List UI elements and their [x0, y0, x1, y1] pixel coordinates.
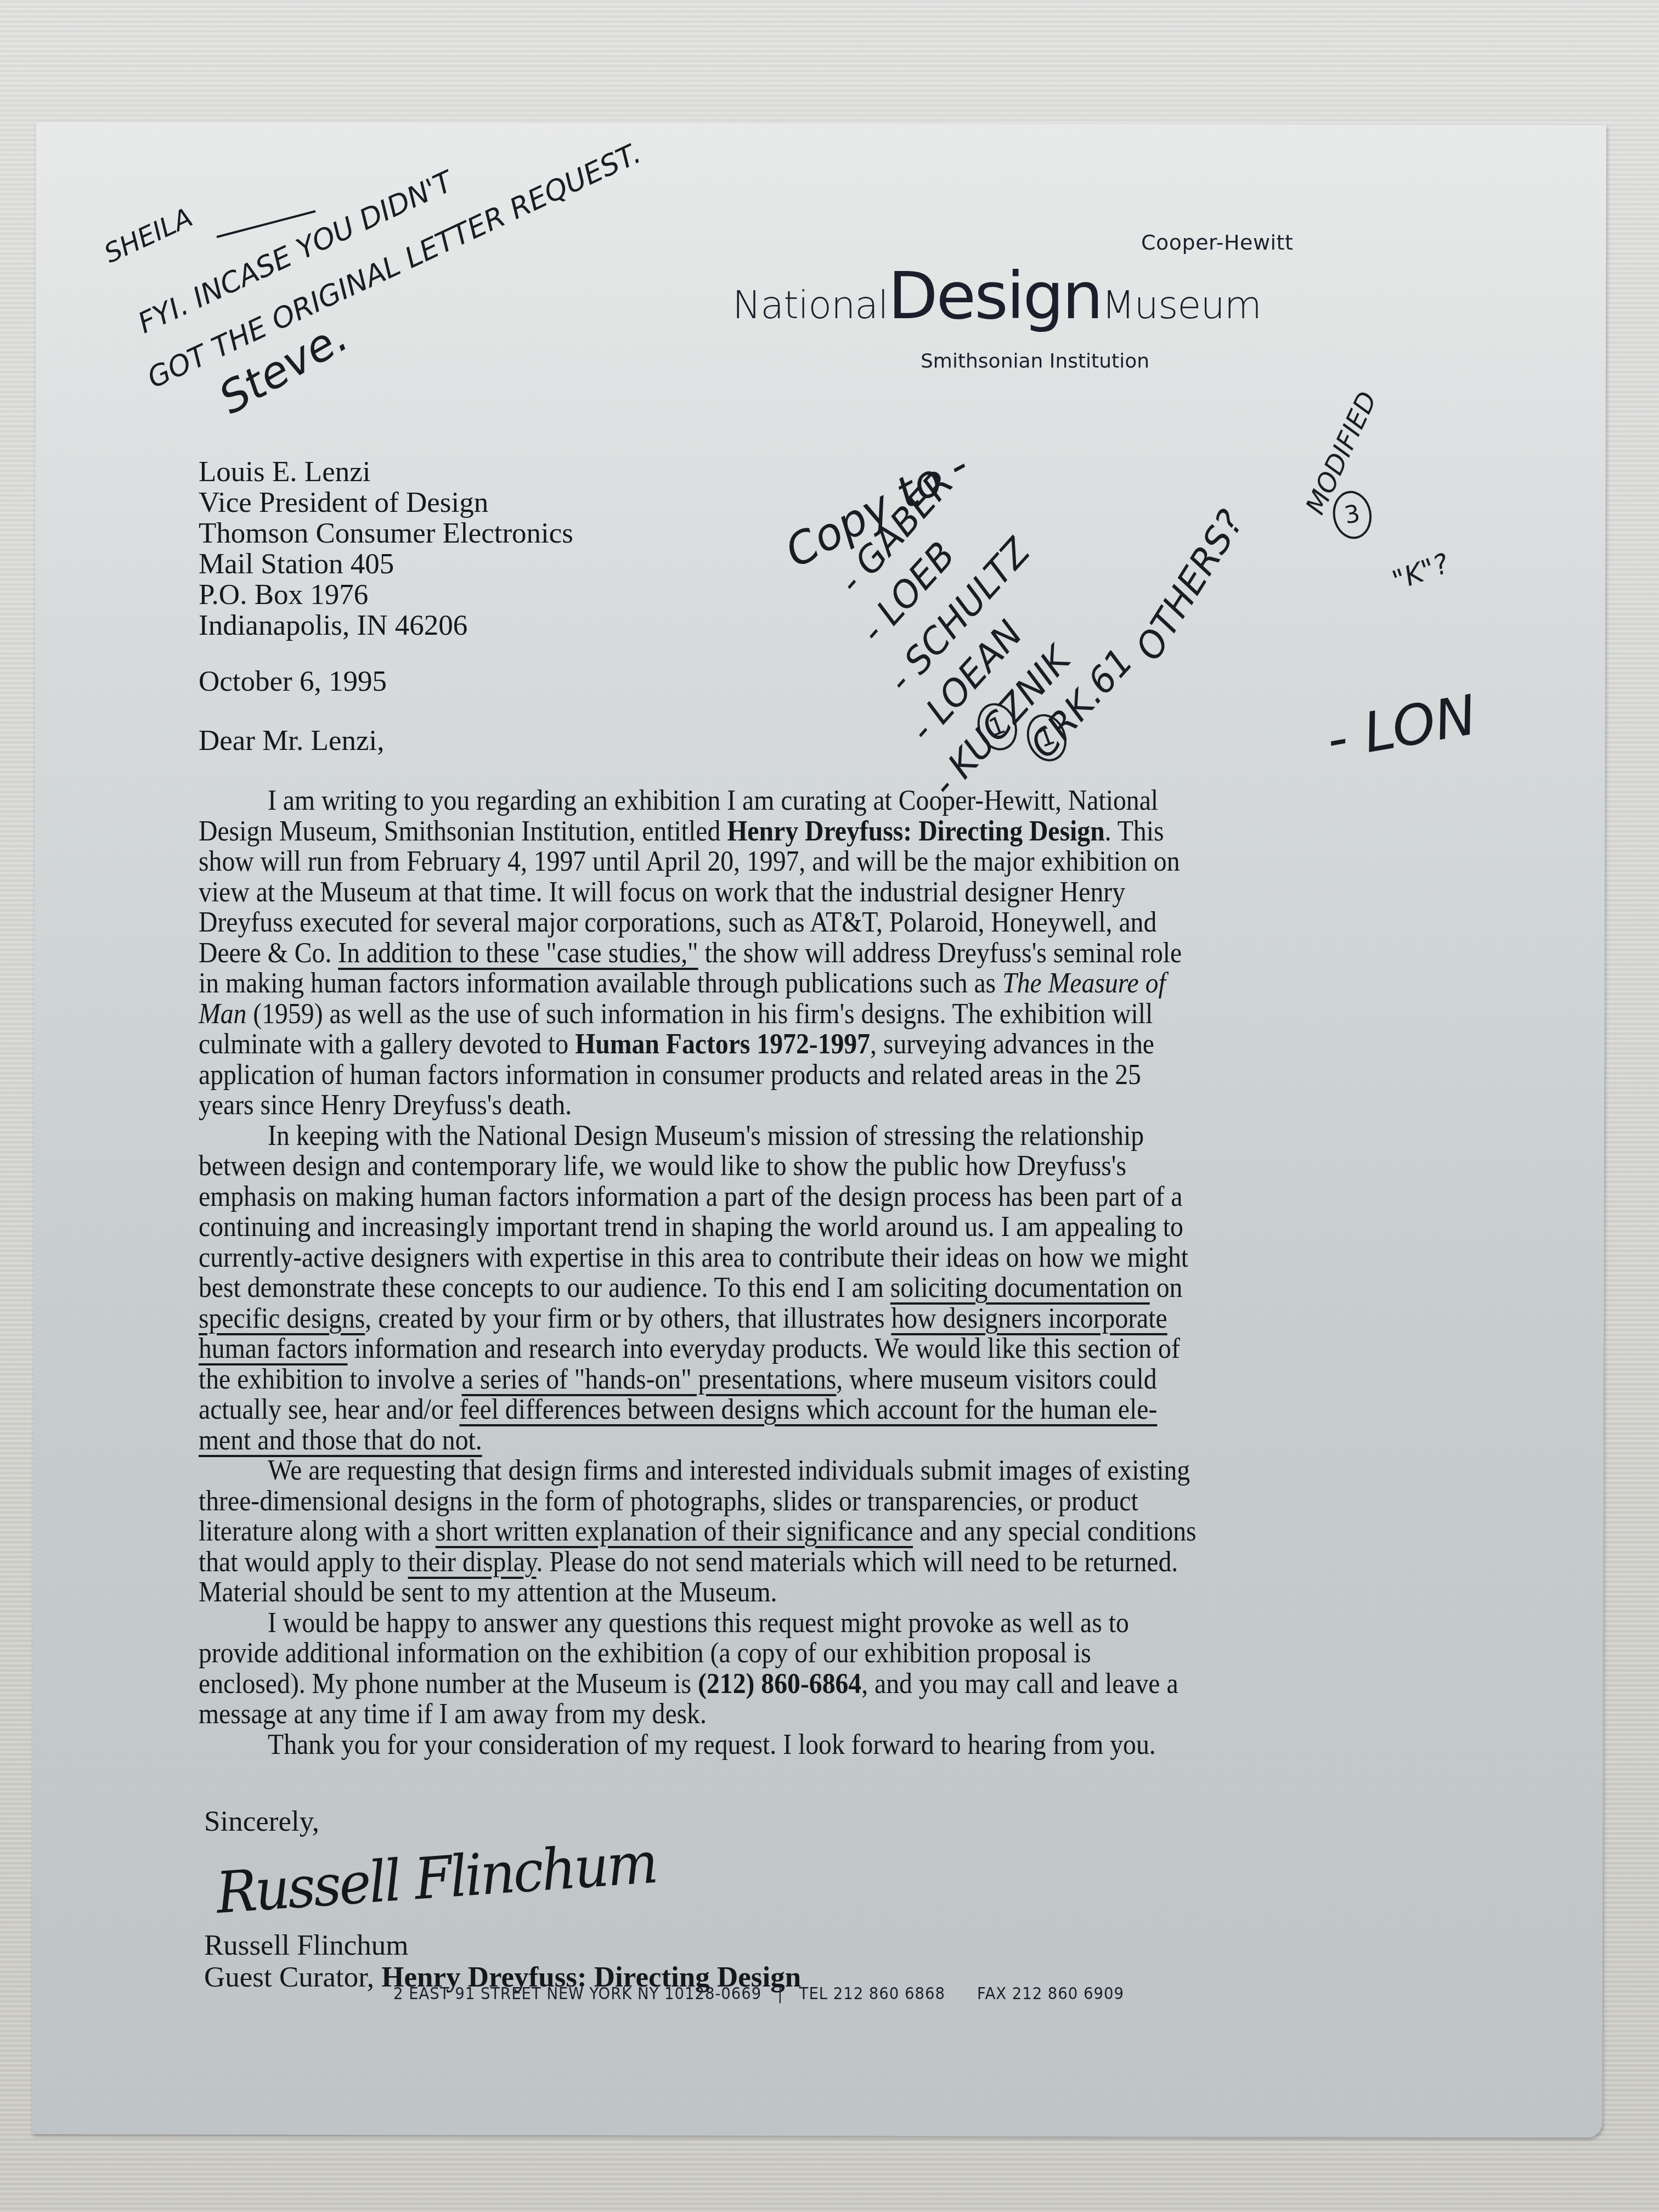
pen-strokes — [0, 0, 1659, 2212]
